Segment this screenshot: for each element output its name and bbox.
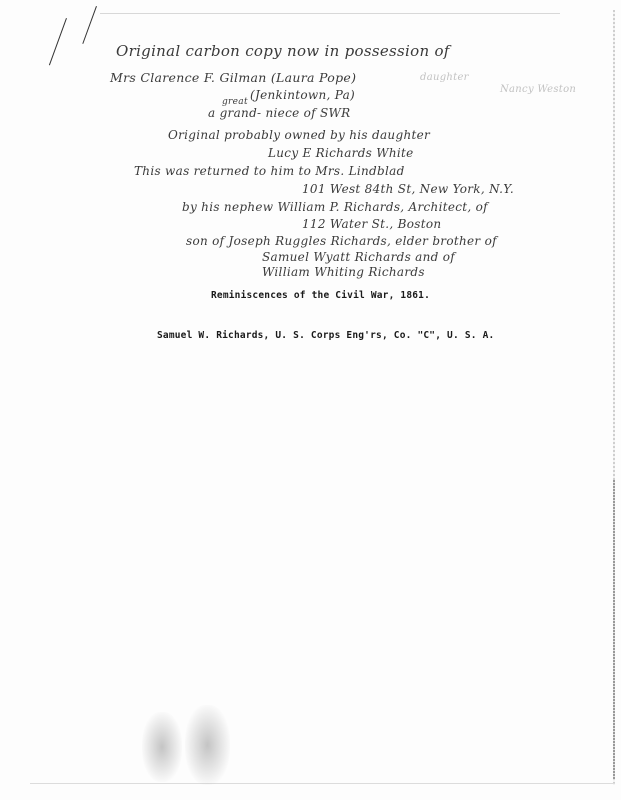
note-line-5: Original probably owned by his daughter <box>168 128 430 142</box>
top-rule <box>100 13 560 14</box>
note-line-12: Samuel Wyatt Richards and of <box>262 250 455 264</box>
faint-note-2: Nancy Weston <box>500 84 576 95</box>
note-line-3: (Jenkintown, Pa) <box>250 88 355 102</box>
margin-slash-2 <box>82 6 97 44</box>
document-byline: Samuel W. Richards, U. S. Corps Eng'rs, … <box>157 330 494 341</box>
ink-smudge-1 <box>142 712 182 782</box>
note-line-10: 112 Water St., Boston <box>302 217 441 231</box>
bottom-rule <box>30 783 615 784</box>
document-page: Original carbon copy now in possession o… <box>0 0 621 800</box>
note-line-4: a grand- niece of SWR <box>208 106 351 120</box>
note-line-1: Original carbon copy now in possession o… <box>116 42 450 60</box>
note-line-9: by his nephew William P. Richards, Archi… <box>182 200 488 214</box>
note-line-7: This was returned to him to Mrs. Lindbla… <box>134 164 405 178</box>
page-edge-dark <box>613 480 615 780</box>
ink-smudge-2 <box>185 705 230 785</box>
faint-note-1: daughter <box>420 72 469 83</box>
note-line-2: Mrs Clarence F. Gilman (Laura Pope) <box>110 70 356 85</box>
note-line-8: 101 West 84th St, New York, N.Y. <box>302 182 514 196</box>
margin-slash-1 <box>49 18 67 65</box>
note-line-11: son of Joseph Ruggles Richards, elder br… <box>186 234 497 248</box>
note-line-6: Lucy E Richards White <box>268 146 414 160</box>
note-line-13: William Whiting Richards <box>262 265 425 279</box>
document-title: Reminiscences of the Civil War, 1861. <box>211 290 430 301</box>
